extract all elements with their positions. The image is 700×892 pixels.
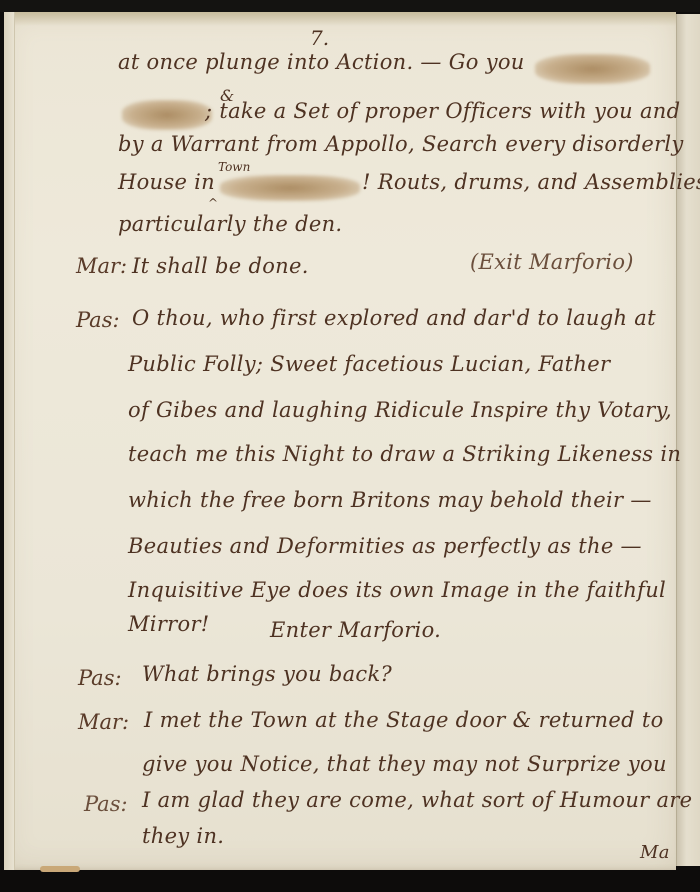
speaker-label: Pas:	[76, 308, 120, 332]
manuscript-line-4: House in	[118, 170, 215, 194]
scan-top-border	[0, 0, 700, 12]
page-top-stain	[4, 12, 676, 26]
manuscript-line-19: I am glad they are come, what sort of Hu…	[142, 788, 692, 812]
manuscript-line-13: Inquisitive Eye does its own Image in th…	[128, 578, 666, 602]
scan-bottom-border	[0, 870, 700, 892]
manuscript-line-5: particularly the den.	[118, 212, 342, 236]
manuscript-line-8: Public Folly; Sweet facetious Lucian, Fa…	[128, 352, 610, 376]
speaker-label: Pas:	[78, 666, 122, 690]
insertion-town: Town	[218, 160, 250, 174]
manuscript-line-4-continued: ! Routs, drums, and Assemblies	[362, 170, 700, 194]
stage-direction-enter: Enter Marforio.	[270, 618, 441, 642]
redaction-smudge-3	[220, 175, 360, 201]
manuscript-line-14: Mirror!	[128, 612, 210, 636]
page-left-edge	[4, 12, 15, 870]
redaction-smudge-2	[122, 100, 212, 130]
manuscript-line-11: which the free born Britons may behold t…	[128, 488, 652, 512]
manuscript-line-7: O thou, who first explored and dar'd to …	[132, 306, 656, 330]
paper-tear	[40, 866, 80, 872]
manuscript-line-6: It shall be done.	[132, 254, 309, 278]
speaker-label: Pas:	[84, 792, 128, 816]
manuscript-line-3: by a Warrant from Appollo, Search every …	[118, 132, 684, 156]
redaction-smudge-1	[535, 54, 650, 84]
manuscript-line-17: I met the Town at the Stage door & retur…	[144, 708, 664, 732]
manuscript-line-10: teach me this Night to draw a Striking L…	[128, 442, 681, 466]
speaker-label: Mar:	[76, 254, 127, 278]
catchword: Ma	[640, 842, 670, 863]
manuscript-line-9: of Gibes and laughing Ridicule Inspire t…	[128, 398, 672, 422]
manuscript-line-12: Beauties and Deformities as perfectly as…	[128, 534, 642, 558]
speaker-label: Mar:	[78, 710, 129, 734]
page-number: 7.	[310, 26, 329, 50]
manuscript-line-18: give you Notice, that they may not Surpr…	[142, 752, 667, 776]
manuscript-line-20: they in.	[142, 824, 224, 848]
manuscript-line-16: What brings you back?	[142, 662, 392, 686]
stage-direction-exit: (Exit Marforio)	[470, 250, 634, 274]
manuscript-line-1: at once plunge into Action. — Go you	[118, 50, 525, 74]
manuscript-line-2: ; take a Set of proper Officers with you…	[205, 99, 680, 123]
insertion-caret: ^	[208, 196, 218, 210]
